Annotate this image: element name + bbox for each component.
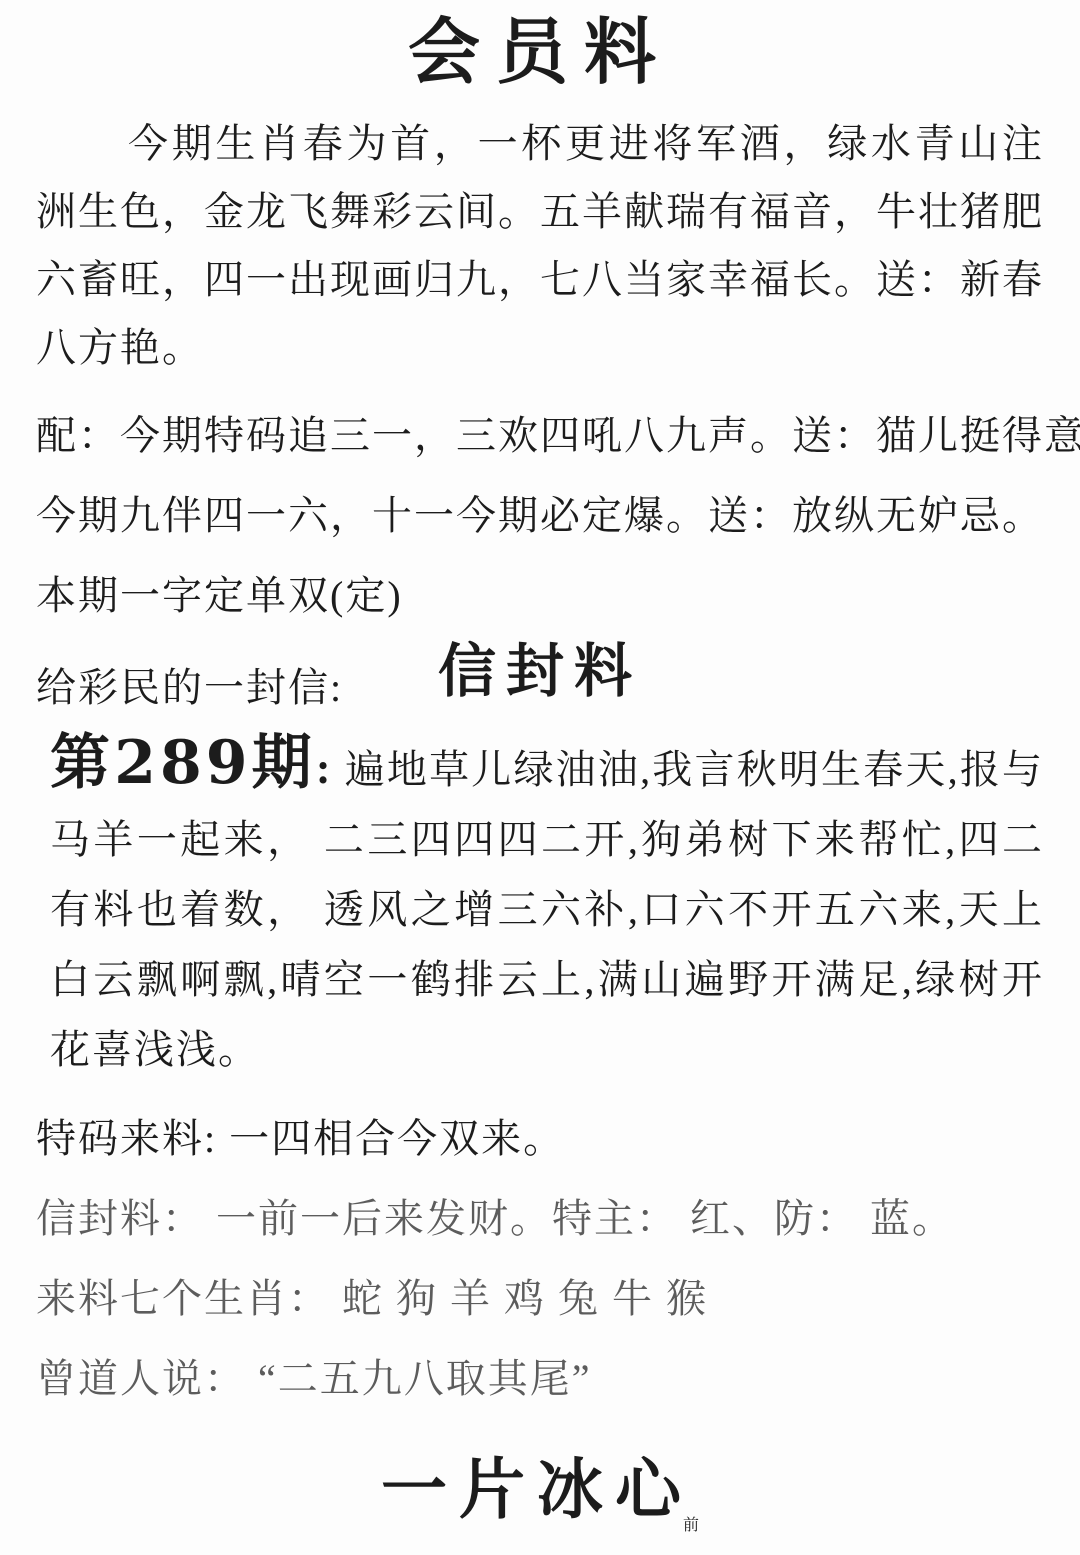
footer-title: 一片冰心前 bbox=[36, 1451, 1044, 1535]
page-title: 会员料 bbox=[36, 10, 1044, 96]
footer-title-text: 一片冰心 bbox=[381, 1454, 693, 1527]
zengdaoren-line: 曾道人说： “二五九八取其尾” bbox=[36, 1353, 1044, 1405]
special-code-line: 特码来料: 一四相合今双来。 bbox=[36, 1113, 1044, 1165]
footer-tiny-mark: 前 bbox=[683, 1517, 699, 1534]
member-paragraph: 今期生肖春为首，一杯更进将军酒，绿水青山注洲生色，金龙飞舞彩云间。五羊献瑞有福音… bbox=[36, 110, 1044, 382]
envelope-tip-line: 信封料： 一前一后来发财。特主： 红、防： 蓝。 bbox=[36, 1193, 1044, 1245]
issue-colon: : bbox=[316, 744, 333, 793]
letter-paragraph: 第289期: 遍地草儿绿油油,我言秋明生春天,报与马羊一起来， 二三四四四二开,… bbox=[50, 728, 1044, 1085]
zodiac-line: 来料七个生肖： 蛇 狗 羊 鸡 兔 牛 猴 bbox=[36, 1273, 1044, 1325]
jiuban-line: 今期九伴四一六，十一今期必定爆。送：放纵无妒忌。 bbox=[36, 490, 1044, 542]
scanned-tip-sheet: 会员料 今期生肖春为首，一杯更进将军酒，绿水青山注洲生色，金龙飞舞彩云间。五羊献… bbox=[0, 0, 1080, 1555]
pei-line: 配：今期特码追三一，三欢四吼八九声。送：猫儿挺得意。 bbox=[36, 410, 1044, 462]
danshuang-line: 本期一字定单双(定) bbox=[36, 570, 1044, 622]
issue-number: 第289期 bbox=[50, 728, 316, 798]
